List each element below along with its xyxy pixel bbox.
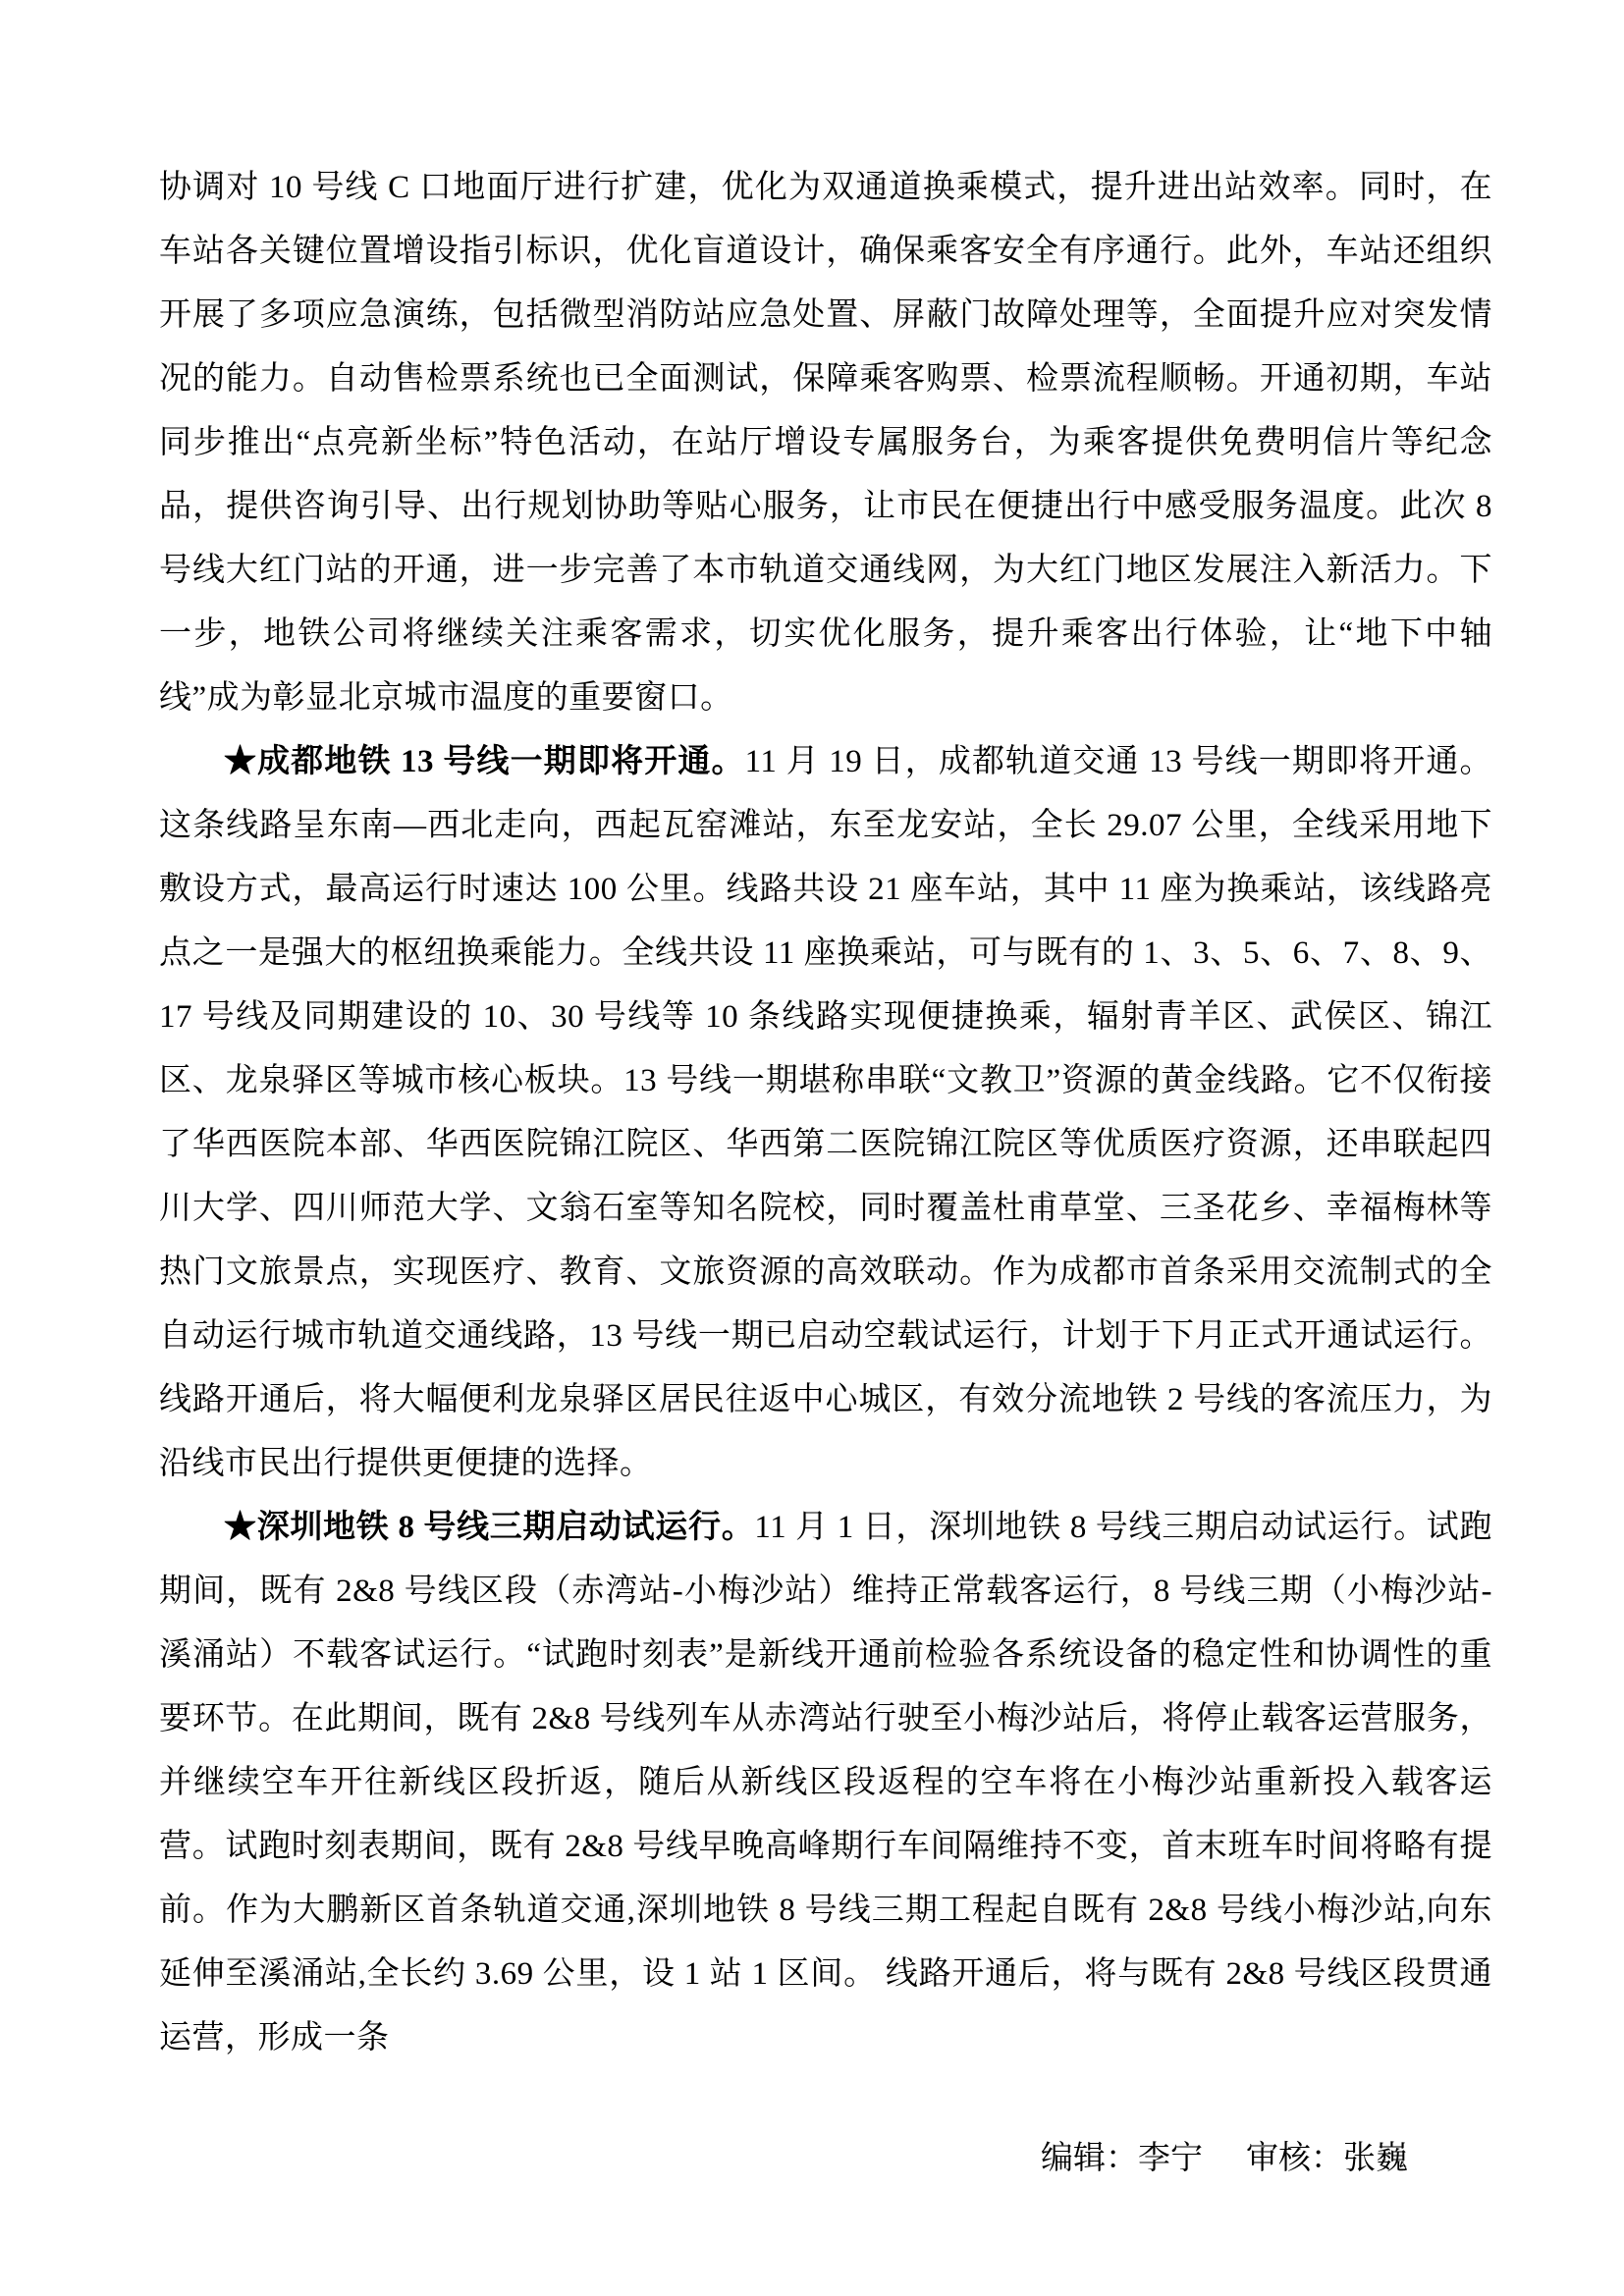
paragraph-text: 11 月 19 日，成都轨道交通 13 号线一期即将开通。这条线路呈东南—西北走… (159, 744, 1492, 1481)
body-paragraph: ★深圳地铁 8 号线三期启动试运行。11 月 1 日，深圳地铁 8 号线三期启动… (159, 1496, 1492, 2070)
reviewer-credit: 审核：张巍 (1246, 2141, 1408, 2176)
footer-credits: 编辑：李宁审核：张巍 (159, 2127, 1408, 2191)
document-body: 协调对 10 号线 C 口地面厅进行扩建，优化为双通道换乘模式，提升进出站效率。… (159, 156, 1492, 2070)
paragraph-text: 协调对 10 号线 C 口地面厅进行扩建，优化为双通道换乘模式，提升进出站效率。… (159, 170, 1492, 716)
paragraph-lead-heading: ★成都地铁 13 号线一期即将开通。 (224, 744, 745, 779)
editor-credit: 编辑：李宁 (1041, 2141, 1203, 2176)
paragraph-text: 11 月 1 日，深圳地铁 8 号线三期启动试运行。试跑期间，既有 2&8 号线… (159, 1510, 1492, 2056)
paragraph-lead-heading: ★深圳地铁 8 号线三期启动试运行。 (224, 1510, 754, 1545)
body-paragraph: ★成都地铁 13 号线一期即将开通。11 月 19 日，成都轨道交通 13 号线… (159, 730, 1492, 1496)
document-page: 协调对 10 号线 C 口地面厅进行扩建，优化为双通道换乘模式，提升进出站效率。… (0, 0, 1624, 2296)
body-paragraph: 协调对 10 号线 C 口地面厅进行扩建，优化为双通道换乘模式，提升进出站效率。… (159, 156, 1492, 730)
